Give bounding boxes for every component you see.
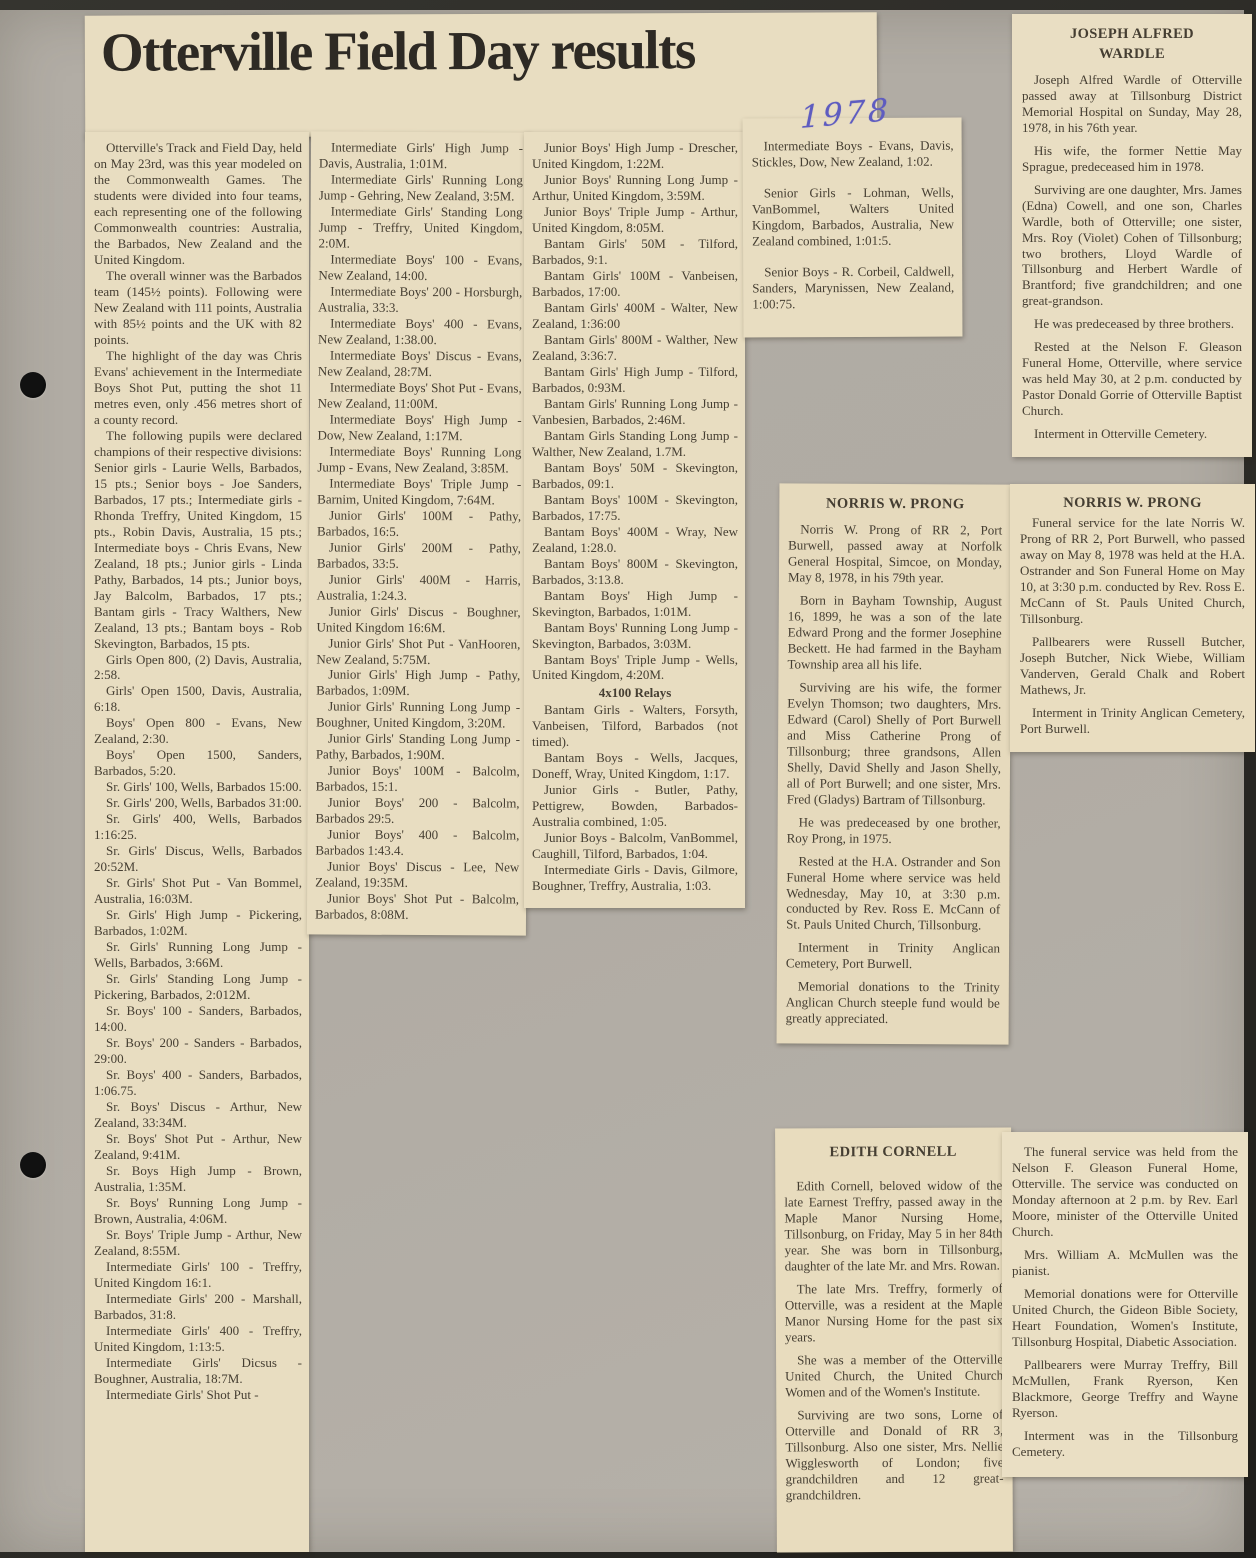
paragraph: Intermediate Girls - Davis, Gilmore, Bou… xyxy=(532,862,738,894)
paragraph: The late Mrs. Treffry, formerly of Otter… xyxy=(785,1280,1003,1345)
paragraph: Bantam Girls Standing Long Jump - Walthe… xyxy=(532,428,738,460)
paragraph: Edith Cornell, beloved widow of the late… xyxy=(784,1177,1002,1274)
paragraph: Intermediate Boys' 200 - Horsburgh, Aust… xyxy=(318,283,522,316)
paragraph: Bantam Boys' Triple Jump - Wells, United… xyxy=(532,652,738,684)
paragraph: Sr. Girls' 200, Wells, Barbados 31:00. xyxy=(94,795,302,811)
paragraph: Sr. Boys' 100 - Sanders, Barbados, 14:00… xyxy=(94,1003,302,1035)
paragraph: Bantam Girls' 50M - Tilford, Barbados, 9… xyxy=(532,236,738,268)
paragraph: Girls Open 800, (2) Davis, Australia, 2:… xyxy=(94,652,302,684)
paragraph: His wife, the former Nettie May Sprague,… xyxy=(1022,143,1242,175)
paragraph: Junior Girls' High Jump - Pathy, Barbado… xyxy=(316,667,520,700)
paragraph: She was a member of the Otterville Unite… xyxy=(785,1351,1003,1400)
paragraph: Rested at the Nelson F. Gleason Funeral … xyxy=(1022,339,1242,419)
paragraph: Interment in Otterville Cemetery. xyxy=(1022,426,1242,442)
paragraph: Intermediate Girls' Standing Long Jump -… xyxy=(318,203,522,252)
paragraph: Sr. Boys' Shot Put - Arthur, New Zealand… xyxy=(94,1131,302,1163)
paragraph: Rested at the H.A. Ostrander and Son Fun… xyxy=(786,853,1000,934)
paragraph: The overall winner was the Barbados team… xyxy=(94,268,302,348)
paragraph: Norris W. Prong of RR 2, Port Burwell, p… xyxy=(788,521,1002,586)
paragraph: Sr. Girls' 400, Wells, Barbados 1:16:25. xyxy=(94,811,302,843)
paragraph: Interment in Trinity Anglican Cemetery, … xyxy=(1020,705,1245,737)
paragraph: Intermediate Boys' Discus - Evans, New Z… xyxy=(318,347,522,380)
obituary-title: NORRIS W. PRONG xyxy=(1020,495,1245,513)
paragraph: Junior Girls' Discus - Boughner, United … xyxy=(316,603,520,636)
paragraph: Sr. Girls' 100, Wells, Barbados 15:00. xyxy=(94,779,302,795)
column-3-relay-results: Bantam Girls - Walters, Forsyth, Vanbeis… xyxy=(532,702,738,894)
paragraph: Sr. Boys' 400 - Sanders, Barbados, 1:06.… xyxy=(94,1067,302,1099)
paragraph: Bantam Girls' 800M - Walther, New Zealan… xyxy=(532,332,738,364)
paragraph: Junior Girls' Running Long Jump - Boughn… xyxy=(316,699,520,732)
paragraph: Surviving are one daughter, Mrs. James (… xyxy=(1022,182,1242,310)
hole-punch-bottom xyxy=(20,1152,46,1178)
obituary-cornell-continuation-clipping: The funeral service was held from the Ne… xyxy=(1002,1132,1248,1477)
funeral-notice-prong-clipping: NORRIS W. PRONG Funeral service for the … xyxy=(1010,484,1255,752)
paragraph: The highlight of the day was Chris Evans… xyxy=(94,348,302,428)
paragraph: Otterville's Track and Field Day, held o… xyxy=(94,140,302,268)
paragraph: He was predeceased by one brother, Roy P… xyxy=(787,814,1001,847)
obituary-title-line1: JOSEPH ALFRED xyxy=(1022,26,1242,44)
paragraph: Joseph Alfred Wardle of Otterville passe… xyxy=(1022,72,1242,136)
paragraph: Intermediate Girls' Dicsus - Boughner, A… xyxy=(94,1355,302,1387)
paragraph: The following pupils were declared champ… xyxy=(94,428,302,652)
article-headline: Otterville Field Day results xyxy=(101,20,877,81)
paragraph: Junior Boys - Balcolm, VanBommel, Caughi… xyxy=(532,830,738,862)
paragraph: Senior Girls - Lohman, Wells, VanBommel,… xyxy=(752,185,954,250)
paragraph: Junior Boys' Triple Jump - Arthur, Unite… xyxy=(532,204,738,236)
paragraph: He was predeceased by three brothers. xyxy=(1022,316,1242,332)
scrapbook-scan: Otterville Field Day results 1978 Otterv… xyxy=(0,0,1256,1558)
paragraph: Junior Girls' Shot Put - VanHooren, New … xyxy=(316,635,520,668)
paragraph: Sr. Girls' Discus, Wells, Barbados 20:52… xyxy=(94,843,302,875)
paragraph: Sr. Girls' Running Long Jump - Wells, Ba… xyxy=(94,939,302,971)
paragraph: Funeral service for the late Norris W. P… xyxy=(1020,515,1245,627)
paragraph: The funeral service was held from the Ne… xyxy=(1012,1144,1238,1240)
paragraph: Bantam Boys' 800M - Skevington, Barbados… xyxy=(532,556,738,588)
paragraph: Junior Girls' Standing Long Jump - Pathy… xyxy=(316,731,520,764)
paragraph: Interment was in the Tillsonburg Cemeter… xyxy=(1012,1428,1238,1460)
paragraph: Bantam Boys' Running Long Jump - Skeving… xyxy=(532,620,738,652)
paragraph: Bantam Girls' 400M - Walter, New Zealand… xyxy=(532,300,738,332)
paragraph: Junior Boys' 200 - Balcolm, Barbados 29:… xyxy=(315,795,519,828)
obituary-body: Joseph Alfred Wardle of Otterville passe… xyxy=(1022,72,1242,443)
paragraph: Boys' Open 1500, Sanders, Barbados, 5:20… xyxy=(94,747,302,779)
paragraph: Bantam Boys' 400M - Wray, New Zealand, 1… xyxy=(532,524,738,556)
paragraph: Senior Boys - R. Corbeil, Caldwell, Sand… xyxy=(752,263,954,312)
paragraph: Sr. Boys High Jump - Brown, Australia, 1… xyxy=(94,1163,302,1195)
paragraph: Intermediate Boys' Running Long Jump - E… xyxy=(317,443,521,476)
paragraph: Intermediate Girls' Shot Put - xyxy=(94,1387,302,1403)
paragraph: Sr. Girls' High Jump - Pickering, Barbad… xyxy=(94,907,302,939)
paragraph: Sr. Boys' Discus - Arthur, New Zealand, … xyxy=(94,1099,302,1131)
paragraph: Mrs. William A. McMullen was the pianist… xyxy=(1012,1247,1238,1279)
paragraph: Junior Boys' High Jump - Drescher, Unite… xyxy=(532,140,738,172)
obituary-body: Funeral service for the late Norris W. P… xyxy=(1020,515,1245,737)
paragraph: Sr. Boys' Running Long Jump - Brown, Aus… xyxy=(94,1195,302,1227)
paragraph: Sr. Boys' 200 - Sanders - Barbados, 29:0… xyxy=(94,1035,302,1067)
paragraph: Born in Bayham Township, August 16, 1899… xyxy=(787,592,1001,673)
paragraph: Bantam Boys - Wells, Jacques, Doneff, Wr… xyxy=(532,750,738,782)
obituary-title: EDITH CORNELL xyxy=(784,1144,1002,1163)
paragraph: Pallbearers were Russell Butcher, Joseph… xyxy=(1020,634,1245,698)
paragraph: Junior Girls' 100M - Pathy, Barbados, 16… xyxy=(317,507,521,540)
paragraph: Intermediate Girls' 100 - Treffry, Unite… xyxy=(94,1259,302,1291)
paragraph: Intermediate Girls' 400 - Treffry, Unite… xyxy=(94,1323,302,1355)
paragraph: Intermediate Girls' Running Long Jump - … xyxy=(319,171,523,204)
paragraph: Bantam Boys' High Jump - Skevington, Bar… xyxy=(532,588,738,620)
paragraph: Girls' Open 1500, Davis, Australia, 6:18… xyxy=(94,683,302,715)
paragraph: Junior Boys' Discus - Lee, New Zealand, … xyxy=(315,859,519,892)
field-day-column-4: Intermediate Boys - Evans, Davis, Stickl… xyxy=(743,118,963,338)
relays-section-heading: 4x100 Relays xyxy=(532,685,738,701)
paragraph: Intermediate Boys' 400 - Evans, New Zeal… xyxy=(318,315,522,348)
paragraph: Boys' Open 800 - Evans, New Zealand, 2:3… xyxy=(94,715,302,747)
obituary-cornell-clipping: EDITH CORNELL Edith Cornell, beloved wid… xyxy=(775,1127,1013,1552)
obituary-prong-clipping: NORRIS W. PRONG Norris W. Prong of RR 2,… xyxy=(777,483,1012,1045)
paragraph: Memorial donations to the Trinity Anglic… xyxy=(786,979,1000,1028)
paragraph: Intermediate Boys' Shot Put - Evans, New… xyxy=(318,379,522,412)
paragraph: Junior Girls' 200M - Pathy, Barbados, 33… xyxy=(317,539,521,572)
paragraph: Junior Boys' 100M - Balcolm, Barbados, 1… xyxy=(316,763,520,796)
paragraph: Bantam Girls' Running Long Jump - Vanbes… xyxy=(532,396,738,428)
paragraph: Bantam Boys' 100M - Skevington, Barbados… xyxy=(532,492,738,524)
column-3-results: Junior Boys' High Jump - Drescher, Unite… xyxy=(532,140,738,683)
paragraph: Intermediate Boys' High Jump - Dow, New … xyxy=(317,411,521,444)
obituary-title-line2: WARDLE xyxy=(1022,46,1242,64)
paragraph: Intermediate Girls' High Jump - Davis, A… xyxy=(319,139,523,172)
paragraph: Intermediate Boys' 100 - Evans, New Zeal… xyxy=(318,251,522,284)
paragraph: Surviving are his wife, the former Evely… xyxy=(787,679,1002,808)
field-day-column-3: Junior Boys' High Jump - Drescher, Unite… xyxy=(524,132,745,908)
paragraph: Sr. Girls' Standing Long Jump - Pickerin… xyxy=(94,971,302,1003)
paragraph: Intermediate Boys - Evans, Davis, Stickl… xyxy=(752,138,954,171)
obituary-wardle-clipping: JOSEPH ALFRED WARDLE Joseph Alfred Wardl… xyxy=(1012,14,1252,457)
paragraph: Pallbearers were Murray Treffry, Bill Mc… xyxy=(1012,1357,1238,1421)
paragraph: Sr. Girls' Shot Put - Van Bommel, Austra… xyxy=(94,875,302,907)
paragraph: Intermediate Boys' Triple Jump - Barnim,… xyxy=(317,475,521,508)
field-day-column-2: Intermediate Girls' High Jump - Davis, A… xyxy=(307,131,530,935)
paragraph: Junior Boys' Running Long Jump - Arthur,… xyxy=(532,172,738,204)
paragraph: Sr. Boys' Triple Jump - Arthur, New Zeal… xyxy=(94,1227,302,1259)
field-day-column-1: Otterville's Track and Field Day, held o… xyxy=(85,132,309,1552)
paragraph: Bantam Girls - Walters, Forsyth, Vanbeis… xyxy=(532,702,738,750)
obituary-body: Norris W. Prong of RR 2, Port Burwell, p… xyxy=(786,521,1003,1028)
hole-punch-top xyxy=(20,372,46,398)
paragraph: Bantam Girls' High Jump - Tilford, Barba… xyxy=(532,364,738,396)
paragraph: Junior Boys' Shot Put - Balcolm, Barbado… xyxy=(315,891,519,924)
paragraph: Memorial donations were for Otterville U… xyxy=(1012,1286,1238,1350)
paragraph: Surviving are two sons, Lorne of Ottervi… xyxy=(785,1406,1003,1503)
paragraph: Junior Girls' 400M - Harris, Australia, … xyxy=(317,571,521,604)
paragraph: Bantam Boys' 50M - Skevington, Barbados,… xyxy=(532,460,738,492)
obituary-body: Edith Cornell, beloved widow of the late… xyxy=(784,1177,1003,1503)
obituary-title: NORRIS W. PRONG xyxy=(788,495,1002,514)
paragraph: Bantam Girls' 100M - Vanbeisen, Barbados… xyxy=(532,268,738,300)
paragraph: Junior Boys' 400 - Balcolm, Barbados 1:4… xyxy=(315,827,519,860)
paragraph: Junior Girls - Butler, Pathy, Pettigrew,… xyxy=(532,782,738,830)
paragraph: Intermediate Girls' 200 - Marshall, Barb… xyxy=(94,1291,302,1323)
paragraph: Interment in Trinity Anglican Cemetery, … xyxy=(786,940,1000,973)
